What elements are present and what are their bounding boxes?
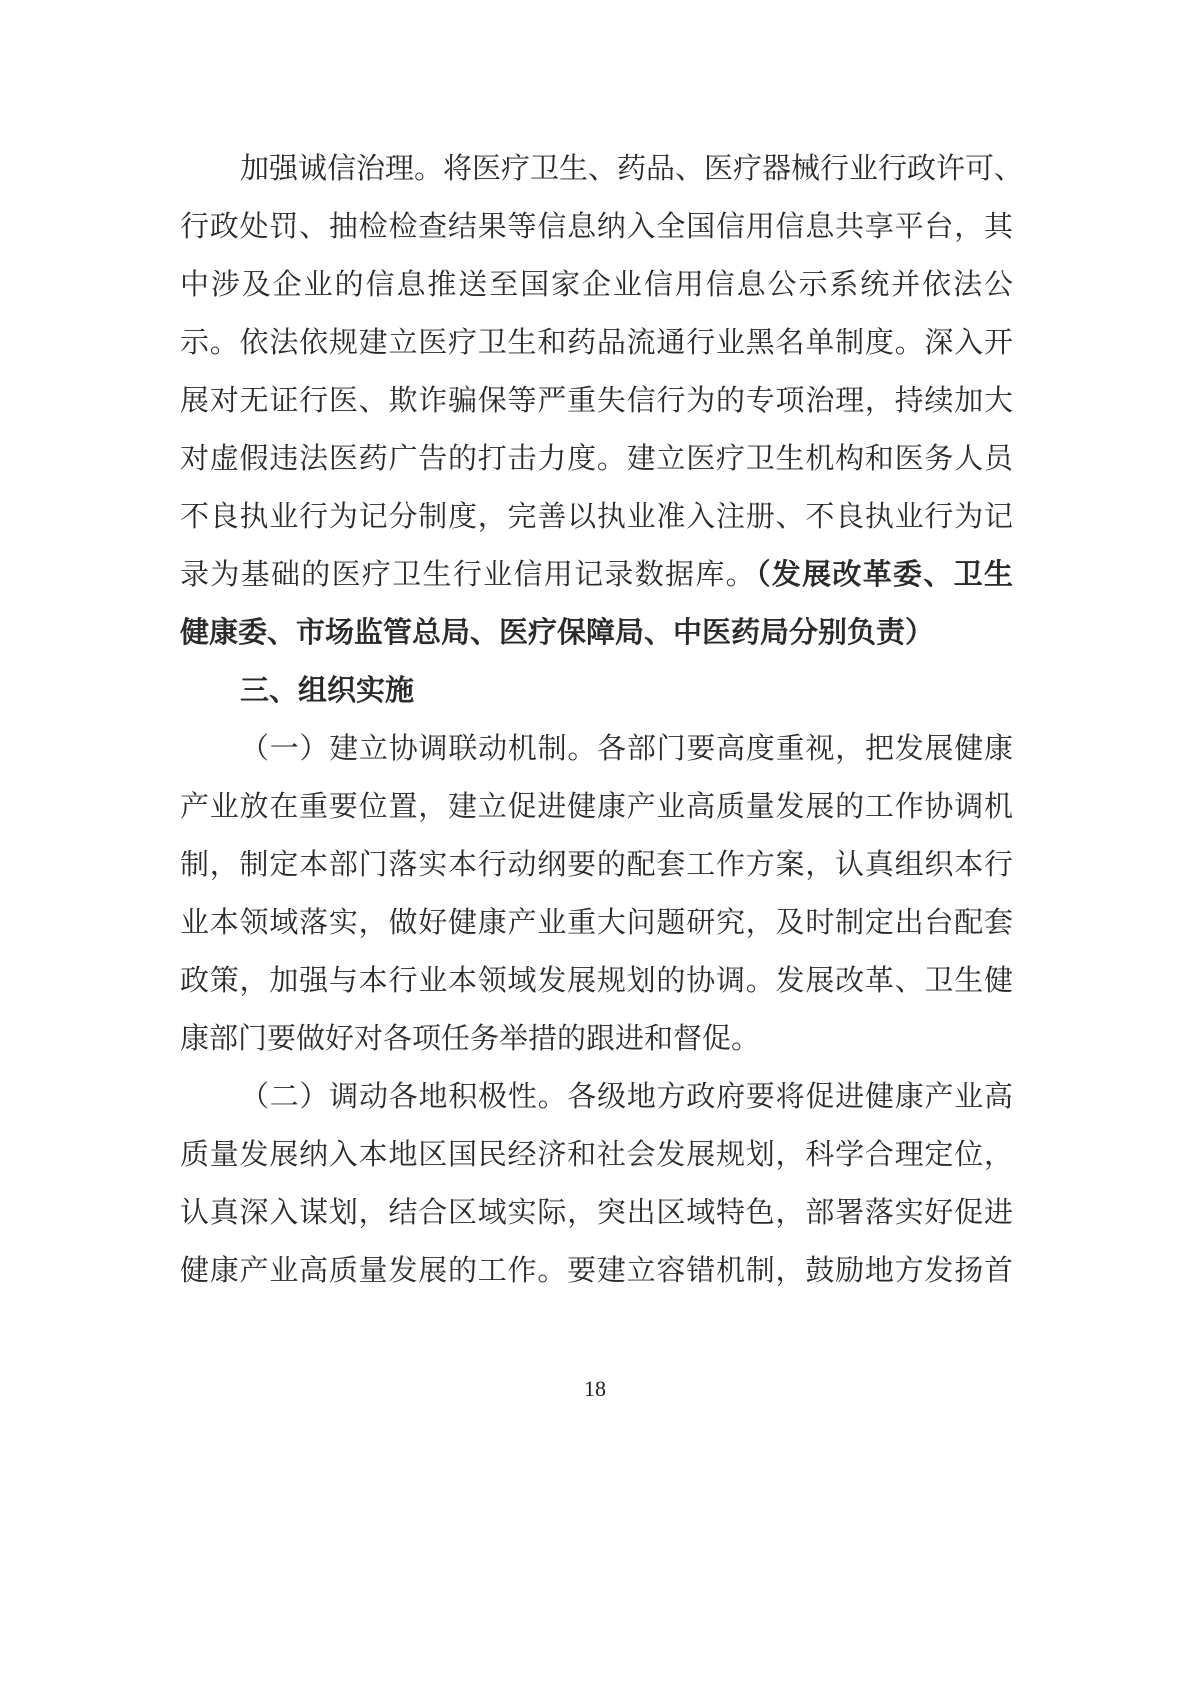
line-text: （二）调动各地积极性。各级地方政府要将促进健康产业高 (240, 1079, 1013, 1113)
line-text: 认真深入谋划，结合区域实际，突出区域特色，部署落实好促进 (180, 1195, 1013, 1229)
paragraph-line: （二）调动各地积极性。各级地方政府要将促进健康产业高 (240, 1076, 1013, 1116)
line-text: 质量发展纳入本地区国民经济和社会发展规划，科学合理定位， (180, 1137, 1013, 1171)
line-text: 行政处罚、抽检检查结果等信息纳入全国信用信息共享平台，其 (180, 209, 1013, 243)
line-text: 业本领域落实，做好健康产业重大问题研究，及时制定出台配套 (180, 905, 1013, 939)
paragraph-line: 不良执业行为记分制度，完善以执业准入注册、不良执业行为记 (180, 496, 1013, 536)
paragraph-line: 录为基础的医疗卫生行业信用记录数据库。（发展改革委、卫生 (180, 554, 1013, 594)
paragraph-line: 业本领域落实，做好健康产业重大问题研究，及时制定出台配套 (180, 902, 1013, 942)
paragraph-line: 健康产业高质量发展的工作。要建立容错机制，鼓励地方发扬首 (180, 1250, 1013, 1290)
line-text: 政策，加强与本行业本领域发展规划的协调。发展改革、卫生健 (180, 963, 1013, 997)
paragraph-line: 产业放在重要位置，建立促进健康产业高质量发展的工作协调机 (180, 786, 1013, 826)
paragraph-line: 加强诚信治理。将医疗卫生、药品、医疗器械行业行政许可、 (240, 148, 1013, 188)
line-text: 示。依法依规建立医疗卫生和药品流通行业黑名单制度。深入开 (180, 325, 1013, 359)
paragraph-line: 对虚假违法医药广告的打击力度。建立医疗卫生机构和医务人员 (180, 438, 1013, 478)
document-page: 加强诚信治理。将医疗卫生、药品、医疗器械行业行政许可、 行政处罚、抽检检查结果等… (0, 0, 1190, 1683)
page-number: 18 (0, 1376, 1190, 1402)
paragraph-line: （一）建立协调联动机制。各部门要高度重视，把发展健康 (240, 728, 1013, 768)
section-heading: 三、组织实施 (240, 670, 1013, 710)
line-text: 不良执业行为记分制度，完善以执业准入注册、不良执业行为记 (180, 499, 1013, 533)
responsible-departments: （发展改革委、卫生 (756, 557, 1013, 591)
line-text: 中涉及企业的信息推送至国家企业信用信息公示系统并依法公 (180, 267, 1013, 301)
line-text: 健康委、市场监管总局、医疗保障局、中医药局分别负责） (180, 615, 934, 649)
line-text: 健康产业高质量发展的工作。要建立容错机制，鼓励地方发扬首 (180, 1253, 1013, 1287)
paragraph-line: 质量发展纳入本地区国民经济和社会发展规划，科学合理定位， (180, 1134, 1013, 1174)
paragraph-line: 认真深入谋划，结合区域实际，突出区域特色，部署落实好促进 (180, 1192, 1013, 1232)
line-text: 康部门要做好对各项任务举措的跟进和督促。 (180, 1021, 760, 1055)
line-text: 对虚假违法医药广告的打击力度。建立医疗卫生机构和医务人员 (180, 441, 1013, 475)
paragraph-line: 中涉及企业的信息推送至国家企业信用信息公示系统并依法公 (180, 264, 1013, 304)
line-text: 展对无证行医、欺诈骗保等严重失信行为的专项治理，持续加大 (180, 383, 1013, 417)
line-text: 制，制定本部门落实本行动纲要的配套工作方案，认真组织本行 (180, 847, 1013, 881)
paragraph-line: 示。依法依规建立医疗卫生和药品流通行业黑名单制度。深入开 (180, 322, 1013, 362)
line-text: 产业放在重要位置，建立促进健康产业高质量发展的工作协调机 (180, 789, 1013, 823)
paragraph-line: 展对无证行医、欺诈骗保等严重失信行为的专项治理，持续加大 (180, 380, 1013, 420)
paragraph-line: 制，制定本部门落实本行动纲要的配套工作方案，认真组织本行 (180, 844, 1013, 884)
line-text: （一）建立协调联动机制。各部门要高度重视，把发展健康 (240, 731, 1013, 765)
line-text: 加强诚信治理。将医疗卫生、药品、医疗器械行业行政许可、 (240, 151, 1023, 185)
paragraph-line: 康部门要做好对各项任务举措的跟进和督促。 (180, 1018, 1013, 1058)
paragraph-line: 行政处罚、抽检检查结果等信息纳入全国信用信息共享平台，其 (180, 206, 1013, 246)
paragraph-line: 政策，加强与本行业本领域发展规划的协调。发展改革、卫生健 (180, 960, 1013, 1000)
responsible-departments: 健康委、市场监管总局、医疗保障局、中医药局分别负责） (180, 612, 1013, 652)
line-text: 录为基础的医疗卫生行业信用记录数据库。 (180, 557, 756, 591)
